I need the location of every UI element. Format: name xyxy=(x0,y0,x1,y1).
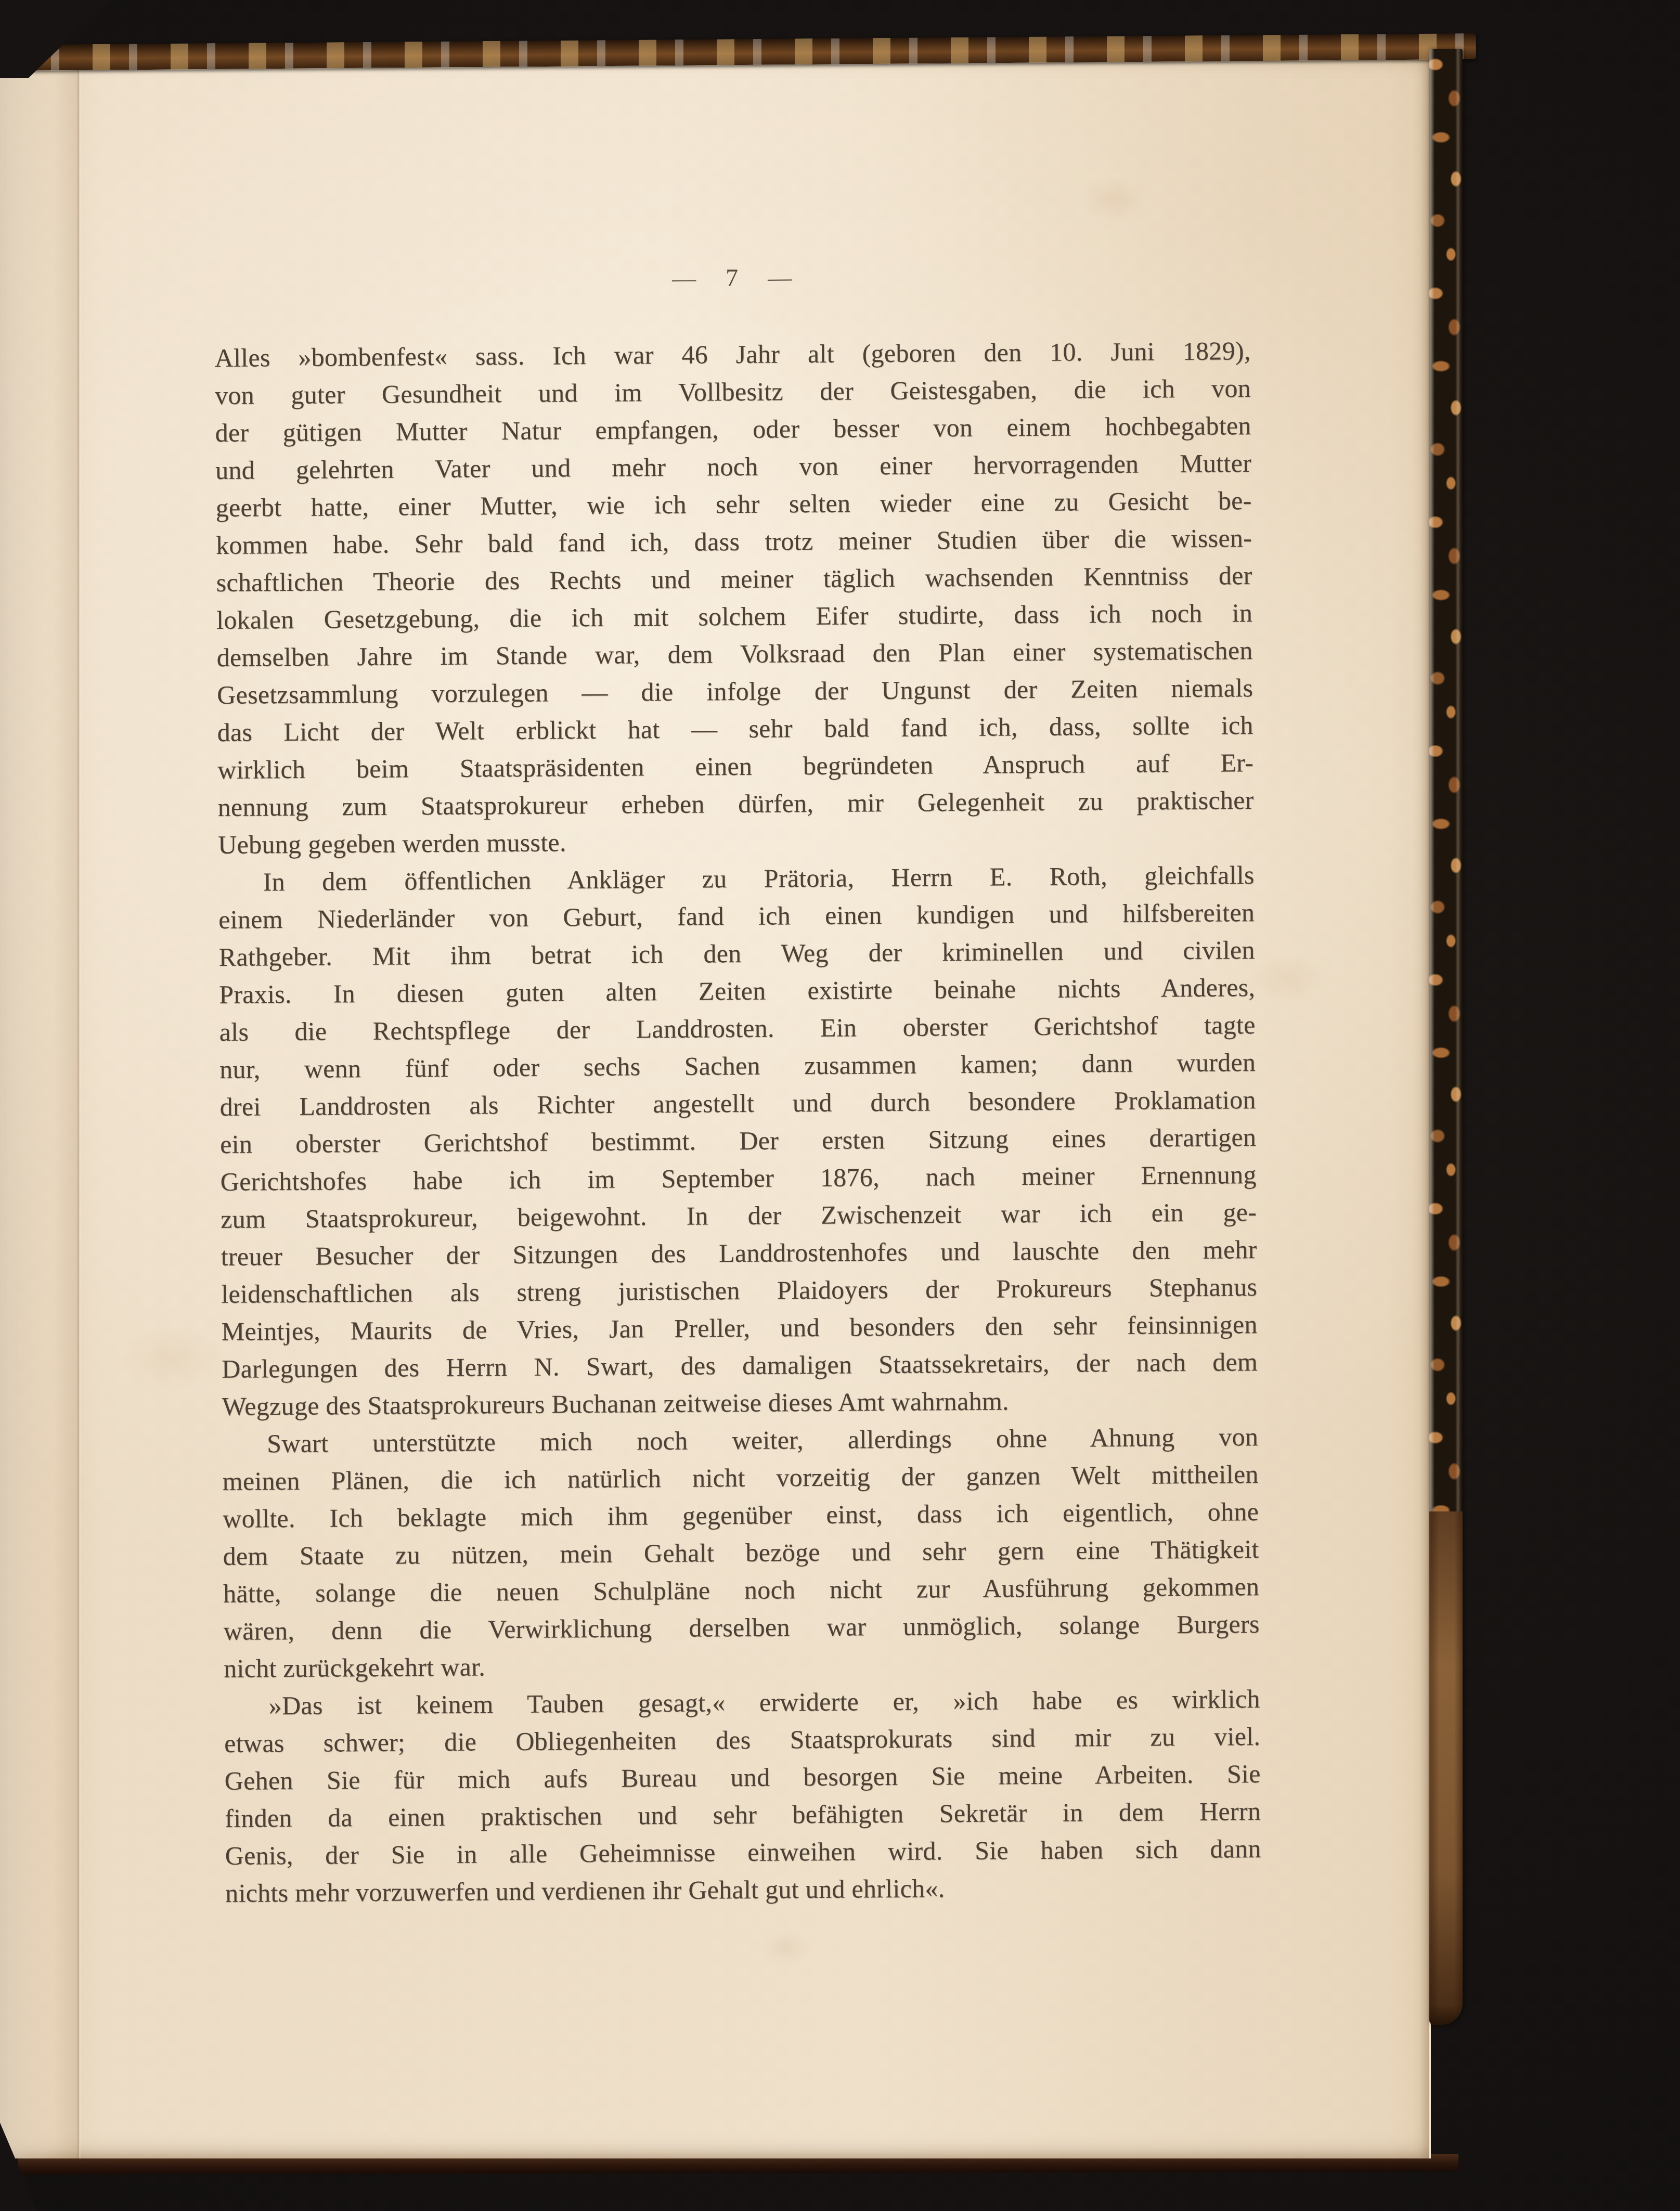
text-line: hätte, solange die neuen Schulpläne noch… xyxy=(223,1568,1259,1612)
text-line: das Licht der Welt erblickt hat — sehr b… xyxy=(217,706,1253,751)
text-line: dem Staate zu nützen, mein Gehalt bezöge… xyxy=(223,1530,1259,1575)
text-line: der gütigen Mutter Natur empfangen, oder… xyxy=(215,407,1251,451)
text-line: leidenschaftlichen als streng juristisch… xyxy=(221,1268,1257,1313)
paragraph: Swart unterstützte mich noch weiter, all… xyxy=(222,1418,1260,1687)
text-line: lokalen Gesetzgebung, die ich mit solche… xyxy=(216,594,1252,639)
text-line: Swart unterstützte mich noch weiter, all… xyxy=(222,1418,1258,1463)
text-line: wirklich beim Staatspräsidenten einen be… xyxy=(217,744,1253,788)
text-line: Genis, der Sie in alle Geheimnisse einwe… xyxy=(225,1830,1261,1874)
leather-corner xyxy=(1429,1511,1463,2025)
text-line: meinen Plänen, die ich natürlich nicht v… xyxy=(222,1455,1258,1500)
text-line: Praxis. In diesen guten alten Zeiten exi… xyxy=(219,968,1255,1013)
text-line: kommen habe. Sehr bald fand ich, dass tr… xyxy=(216,519,1252,564)
header-dash-right: — xyxy=(768,264,792,291)
text-line: einem Niederländer von Geburt, fand ich … xyxy=(218,894,1255,938)
paragraph: Alles »bombenfest« sass. Ich war 46 Jahr… xyxy=(214,332,1254,863)
text-line: wollte. Ich beklagte mich ihm gegenüber … xyxy=(223,1493,1259,1537)
text-line: nur, wenn fünf oder sechs Sachen zusamme… xyxy=(219,1043,1256,1088)
text-line: etwas schwer; die Obliegenheiten des Sta… xyxy=(224,1717,1260,1762)
text-line: Alles »bombenfest« sass. Ich war 46 Jahr… xyxy=(214,332,1250,377)
text-line: Gehen Sie für mich aufs Bureau und besor… xyxy=(224,1755,1260,1800)
paragraph: »Das ist keinem Tauben gesagt,« erwidert… xyxy=(224,1680,1261,1912)
text-line: »Das ist keinem Tauben gesagt,« erwidert… xyxy=(224,1680,1260,1725)
text-line: nichts mehr vorzuwerfen und verdienen ih… xyxy=(225,1867,1261,1912)
page-number: 7 xyxy=(726,264,739,292)
scanner-background: —7— Alles »bombenfest« sass. Ich war 46 … xyxy=(0,0,1680,2211)
text-line: als die Rechtspflege der Landdrosten. Ei… xyxy=(219,1006,1255,1051)
text-line: geerbt hatte, einer Mutter, wie ich sehr… xyxy=(215,482,1251,526)
text-line: wären, denn die Verwirklichung derselben… xyxy=(223,1605,1259,1650)
text-line: Darlegungen des Herrn N. Swart, des dama… xyxy=(222,1343,1258,1388)
text-line: demselben Jahre im Stande war, dem Volks… xyxy=(216,631,1252,676)
text-line: Gerichtshofes habe ich im September 1876… xyxy=(220,1156,1256,1200)
paragraph: In dem öffentlichen Ankläger zu Prätoria… xyxy=(218,856,1258,1425)
text-line: drei Landdrosten als Richter angestellt … xyxy=(219,1081,1256,1126)
text-line: ein oberster Gerichtshof bestimmt. Der e… xyxy=(220,1118,1256,1163)
marble-highlight xyxy=(1429,49,1463,1511)
text-line: treuer Besucher der Sitzungen des Landdr… xyxy=(221,1231,1257,1275)
page-content: —7— Alles »bombenfest« sass. Ich war 46 … xyxy=(0,44,1442,2160)
text-line: zum Staatsprokureur, beigewohnt. In der … xyxy=(221,1193,1257,1238)
text-line: In dem öffentlichen Ankläger zu Prätoria… xyxy=(218,856,1254,901)
page-header: —7— xyxy=(214,260,1250,296)
book-board-right xyxy=(1429,49,1463,2025)
text-line: Wegzuge des Staatsprokureurs Buchanan ze… xyxy=(222,1380,1258,1425)
text-line: Gesetzsammlung vorzulegen — die infolge … xyxy=(217,669,1253,714)
text-line: nicht zurückgekehrt war. xyxy=(224,1643,1260,1687)
text-line: Rathgeber. Mit ihm betrat ich den Weg de… xyxy=(218,931,1255,976)
text-line: von guter Gesundheit und im Vollbesitz d… xyxy=(215,369,1251,414)
text-line: Meintjes, Maurits de Vries, Jan Preller,… xyxy=(221,1305,1257,1350)
text-line: Uebung gegeben werden musste. xyxy=(218,819,1254,863)
body-text: Alles »bombenfest« sass. Ich war 46 Jahr… xyxy=(214,332,1261,1912)
header-dash-left: — xyxy=(672,265,696,291)
text-line: und gelehrten Vater und mehr noch von ei… xyxy=(215,444,1251,489)
text-line: nennung zum Staatsprokureur erheben dürf… xyxy=(217,781,1253,826)
text-line: schaftlichen Theorie des Rechts und mein… xyxy=(216,557,1252,601)
text-line: finden da einen praktischen und sehr bef… xyxy=(225,1792,1261,1837)
book-page: —7— Alles »bombenfest« sass. Ich war 46 … xyxy=(0,52,1431,2158)
